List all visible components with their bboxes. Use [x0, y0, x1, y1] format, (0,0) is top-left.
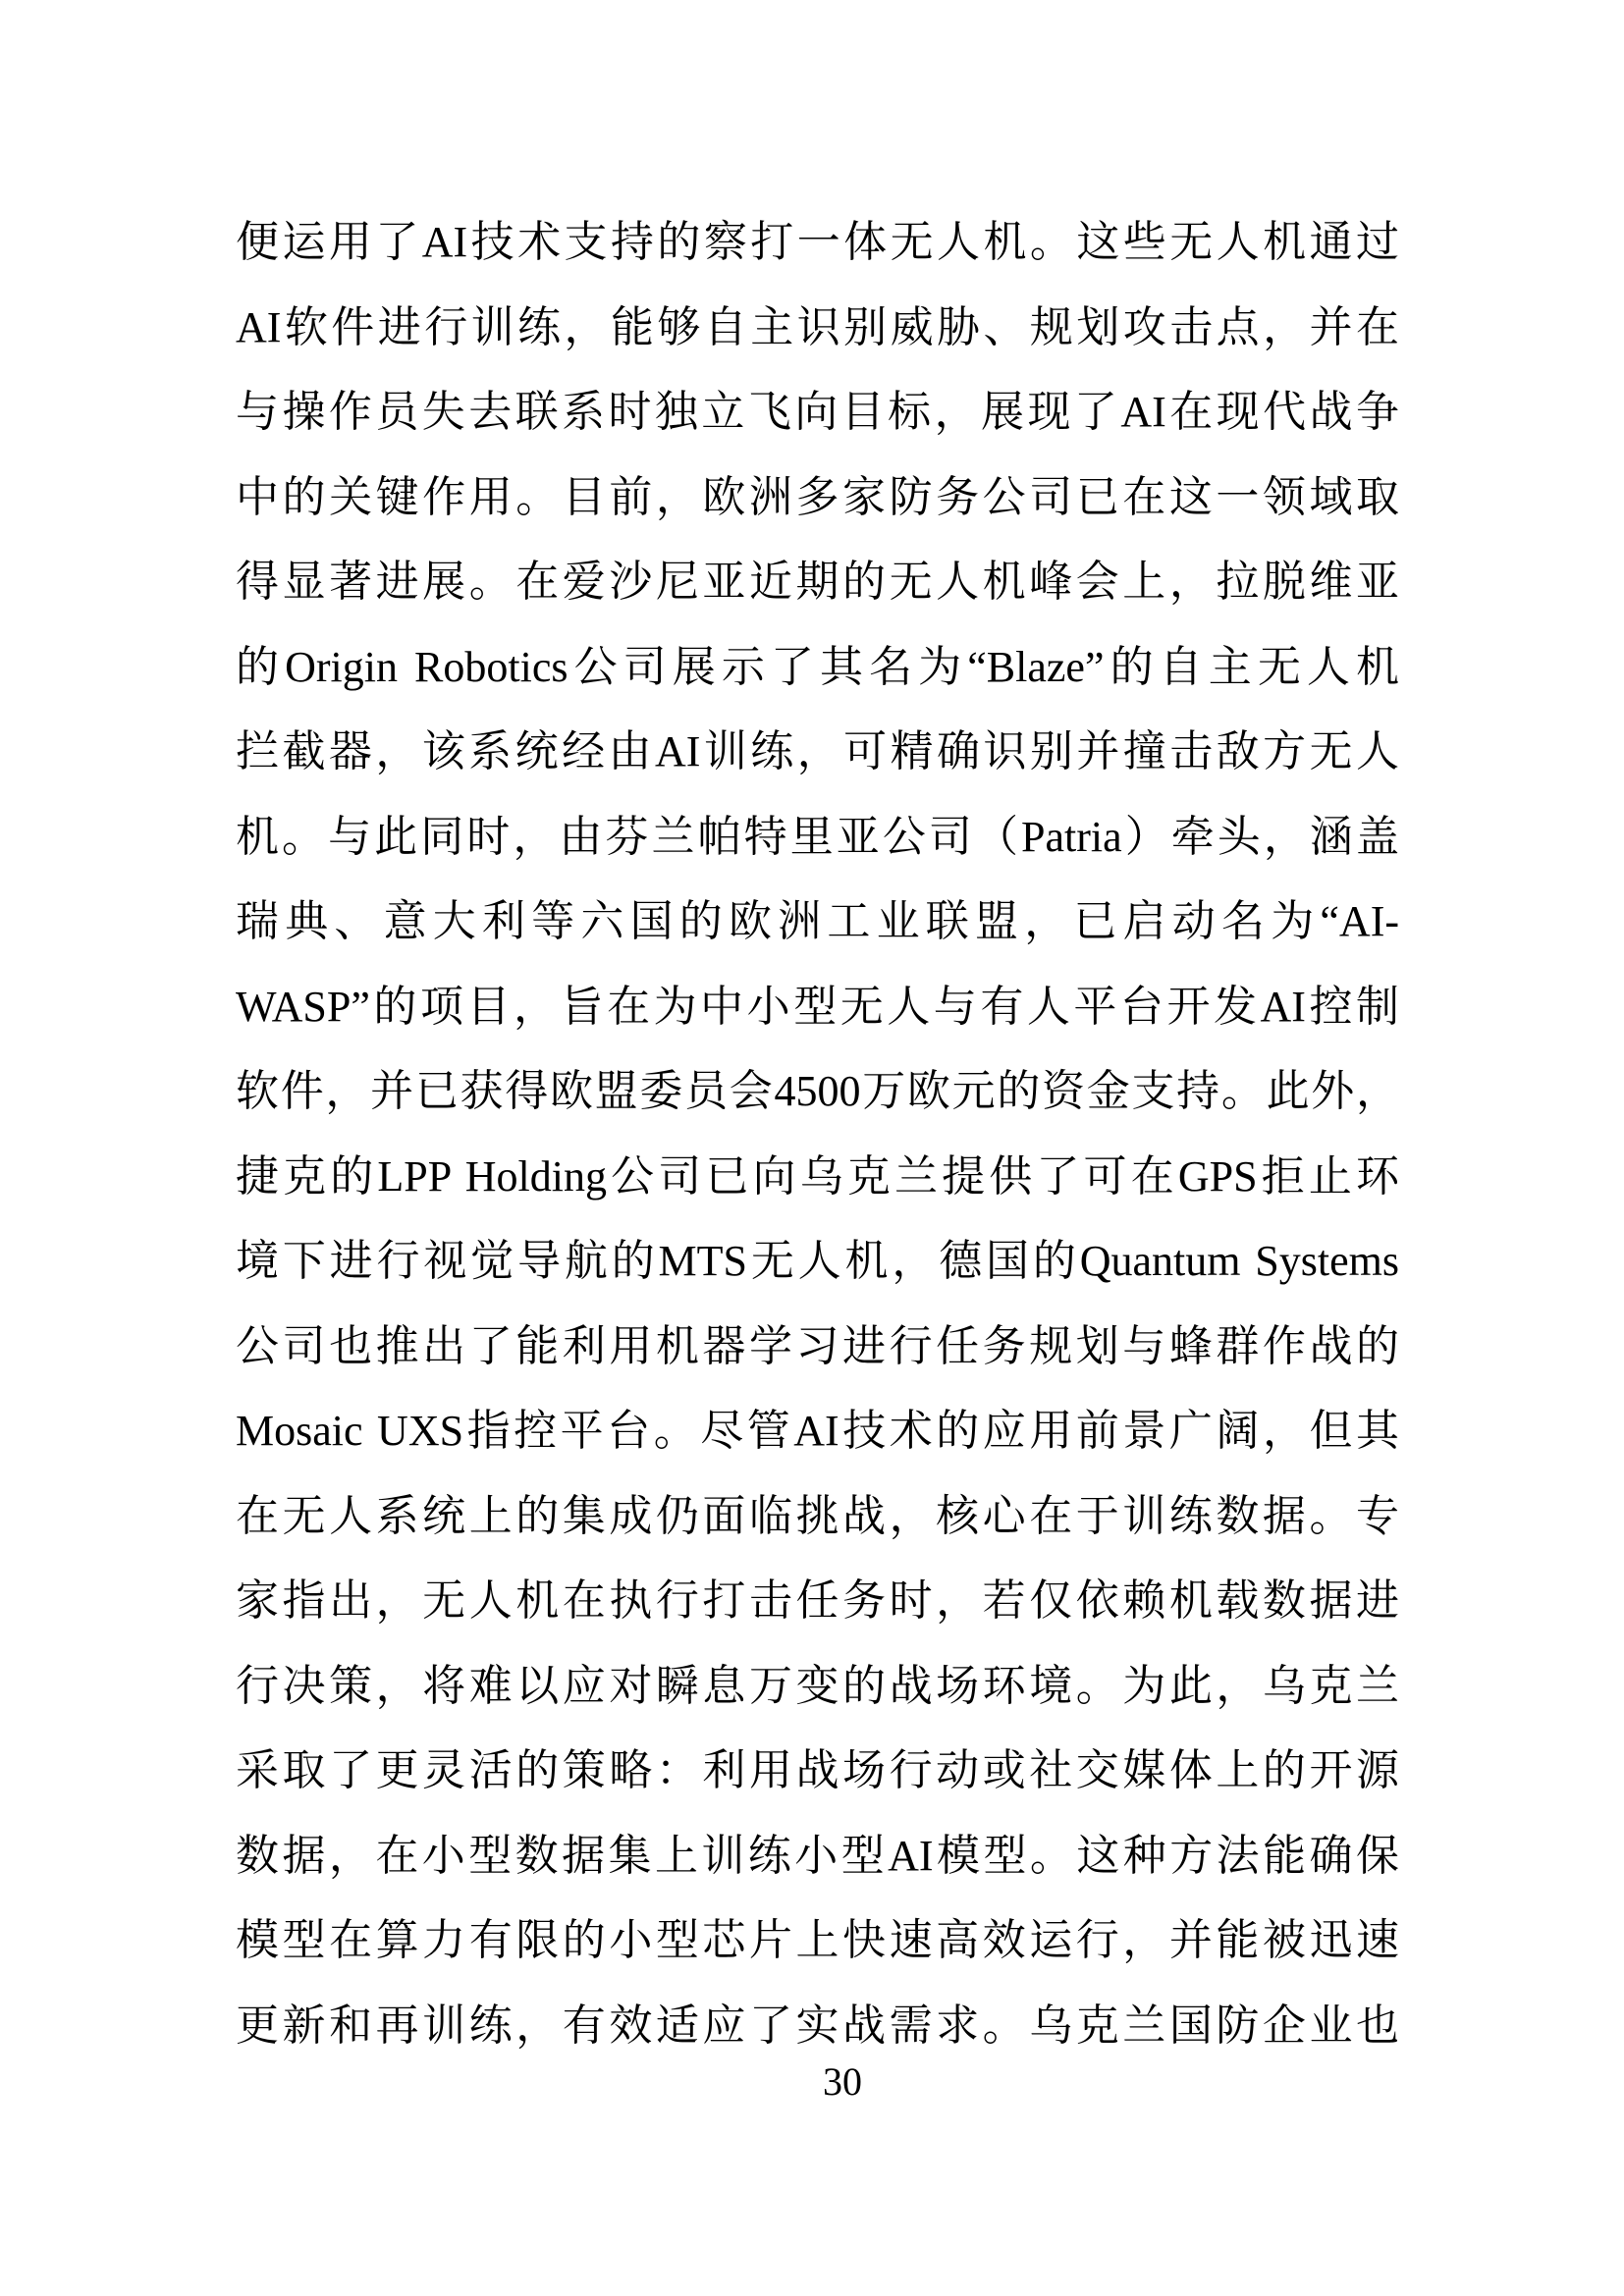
paragraph-line: WASP”的项目，旨在为中小型无人与有人平台开发AI控制 [236, 965, 1399, 1050]
paragraph-line: 更新和再训练，有效适应了实战需求。乌克兰国防企业也 [236, 1984, 1399, 2069]
document-page: 便运用了AI技术支持的察打一体无人机。这些无人机通过 AI软件进行训练，能够自主… [0, 0, 1624, 2296]
paragraph-line: Mosaic UXS指控平台。尽管AI技术的应用前景广阔，但其 [236, 1389, 1399, 1474]
paragraph-line: 便运用了AI技术支持的察打一体无人机。这些无人机通过 [236, 200, 1399, 286]
paragraph-line: 与操作员失去联系时独立飞向目标，展现了AI在现代战争 [236, 370, 1399, 455]
paragraph-line: 软件，并已获得欧盟委员会4500万欧元的资金支持。此外， [236, 1049, 1399, 1135]
paragraph-line: 家指出，无人机在执行打击任务时，若仅依赖机载数据进 [236, 1559, 1399, 1644]
paragraph-line: 在无人系统上的集成仍面临挑战，核心在于训练数据。专 [236, 1474, 1399, 1560]
paragraph-line: 公司也推出了能利用机器学习进行任务规划与蜂群作战的 [236, 1305, 1399, 1390]
paragraph-line: 的Origin Robotics公司展示了其名为“Blaze”的自主无人机 [236, 625, 1399, 711]
paragraph-line: 得显著进展。在爱沙尼亚近期的无人机峰会上，拉脱维亚 [236, 540, 1399, 625]
paragraph-line: 捷克的LPP Holding公司已向乌克兰提供了可在GPS拒止环 [236, 1135, 1399, 1220]
paragraph-line: AI软件进行训练，能够自主识别威胁、规划攻击点，并在 [236, 286, 1399, 371]
paragraph-body: 便运用了AI技术支持的察打一体无人机。这些无人机通过 AI软件进行训练，能够自主… [236, 200, 1399, 2068]
paragraph-line: 拦截器，该系统经由AI训练，可精确识别并撞击敌方无人 [236, 710, 1399, 795]
paragraph-line: 机。与此同时，由芬兰帕特里亚公司（Patria）牵头，涵盖 [236, 795, 1399, 881]
paragraph-line: 模型在算力有限的小型芯片上快速高效运行，并能被迅速 [236, 1898, 1399, 1984]
paragraph-line: 瑞典、意大利等六国的欧洲工业联盟，已启动名为“AI- [236, 880, 1399, 965]
paragraph-line: 采取了更灵活的策略：利用战场行动或社交媒体上的开源 [236, 1729, 1399, 1814]
page-number: 30 [803, 2059, 882, 2105]
paragraph-line: 行决策，将难以应对瞬息万变的战场环境。为此，乌克兰 [236, 1644, 1399, 1730]
paragraph-line: 中的关键作用。目前，欧洲多家防务公司已在这一领域取 [236, 455, 1399, 541]
paragraph-line: 境下进行视觉导航的MTS无人机，德国的Quantum Systems [236, 1219, 1399, 1305]
paragraph-line: 数据，在小型数据集上训练小型AI模型。这种方法能确保 [236, 1814, 1399, 1899]
